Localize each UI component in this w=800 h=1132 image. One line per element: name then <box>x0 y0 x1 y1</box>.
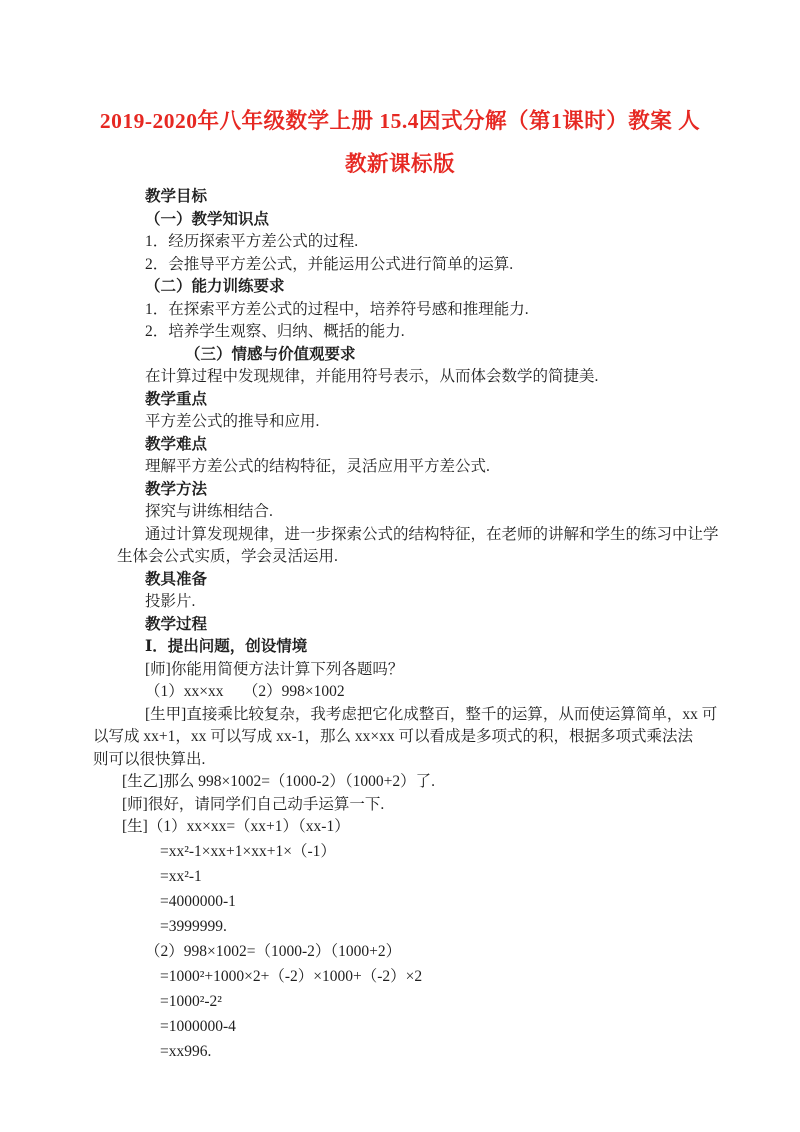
list-item-knowledge-1: 1．经历探索平方差公式的过程. <box>145 231 800 254</box>
paragraph-method-2-cont: 生体会公式实质，学会灵活运用. <box>117 546 800 569</box>
paragraph-emotion-value: 在计算过程中发现规律，并能用符号表示，从而体会数学的简捷美. <box>145 366 800 389</box>
paragraph-method-1: 探究与讲练相结合. <box>145 501 800 524</box>
heading-teaching-focus: 教学重点 <box>145 389 800 412</box>
heading-ability-requirements: （二）能力训练要求 <box>145 276 800 299</box>
dialogue-teacher-question: [师]你能用简便方法计算下列各题吗？ <box>145 659 800 682</box>
list-item-knowledge-2: 2．会推导平方差公式，并能运用公式进行简单的运算. <box>145 254 800 277</box>
dialogue-student-a-cont-2: 则可以很快算出. <box>93 749 800 772</box>
heading-teaching-objectives: 教学目标 <box>145 186 800 209</box>
dialogue-teacher-reply: [师]很好，请同学们自己动手运算一下. <box>122 794 800 817</box>
solution-start-line: [生]（1）xx×xx=（xx+1）（xx-1） <box>122 816 800 839</box>
equation-line: =1000²-2² <box>160 989 800 1014</box>
equation-line: =3999999. <box>160 914 800 939</box>
list-item-ability-1: 1．在探索平方差公式的过程中，培养符号感和推理能力. <box>145 299 800 322</box>
paragraph-teaching-focus: 平方差公式的推导和应用. <box>145 411 800 434</box>
heading-emotion-value: （三）情感与价值观要求 <box>185 344 800 367</box>
heading-knowledge-points: （一）教学知识点 <box>145 209 800 232</box>
equation-line: =1000000-4 <box>160 1014 800 1039</box>
equation-line: =4000000-1 <box>160 889 800 914</box>
dialogue-student-b: [生乙]那么 998×1002=（1000-2）（1000+2）了. <box>122 771 800 794</box>
solution-problem-2-line: （2）998×1002=（1000-2）（1000+2） <box>145 939 800 964</box>
heading-teaching-difficulty: 教学难点 <box>145 434 800 457</box>
list-item-ability-2: 2．培养学生观察、归纳、概括的能力. <box>145 321 800 344</box>
equation-line: =xx²-1×xx+1×xx+1×（-1） <box>160 839 800 864</box>
dialogue-student-a-cont-1: 以写成 xx+1，xx 可以写成 xx-1，那么 xx×xx 可以看成是多项式的… <box>93 726 800 749</box>
equation-line: =xx²-1 <box>160 864 800 889</box>
heading-teaching-aids: 教具准备 <box>145 569 800 592</box>
dialogue-student-a: [生甲]直接乘比较复杂，我考虑把它化成整百，整千的运算，从而使运算简单，xx 可 <box>145 704 800 727</box>
problems-line: （1）xx×xx （2）998×1002 <box>145 681 800 704</box>
equation-line: =xx996. <box>160 1039 800 1064</box>
document-title: 2019-2020年八年级数学上册 15.4因式分解（第1课时）教案 人 教新课… <box>0 100 800 186</box>
heading-section-1: Ⅰ．提出问题，创设情境 <box>145 636 800 659</box>
paragraph-teaching-difficulty: 理解平方差公式的结构特征，灵活应用平方差公式. <box>145 456 800 479</box>
document-title-line2: 教新课标版 <box>0 143 800 186</box>
paragraph-teaching-aids: 投影片. <box>145 591 800 614</box>
equation-line: =1000²+1000×2+（-2）×1000+（-2）×2 <box>160 964 800 989</box>
document-title-line1: 2019-2020年八年级数学上册 15.4因式分解（第1课时）教案 人 <box>0 100 800 143</box>
document-body: 教学目标 （一）教学知识点 1．经历探索平方差公式的过程. 2．会推导平方差公式… <box>0 186 800 1064</box>
document-page: 2019-2020年八年级数学上册 15.4因式分解（第1课时）教案 人 教新课… <box>0 0 800 1132</box>
heading-teaching-process: 教学过程 <box>145 614 800 637</box>
heading-teaching-method: 教学方法 <box>145 479 800 502</box>
paragraph-method-2: 通过计算发现规律，进一步探索公式的结构特征，在老师的讲解和学生的练习中让学 <box>145 524 800 547</box>
